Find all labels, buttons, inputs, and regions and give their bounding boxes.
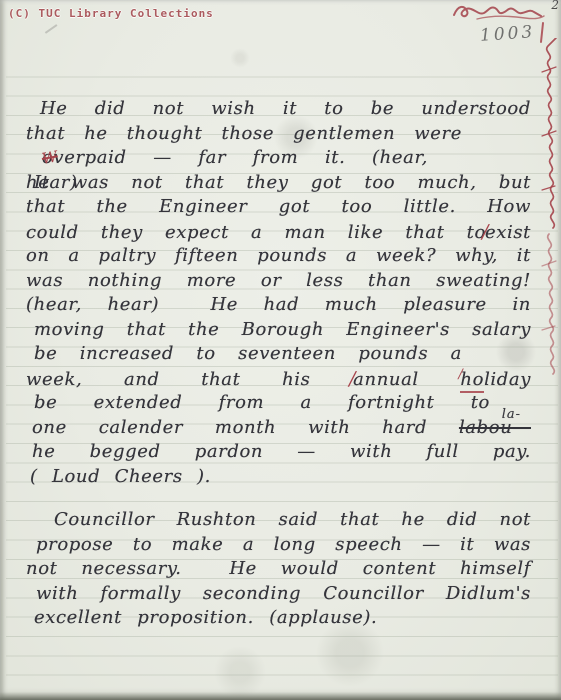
manuscript-line: that he thought those gentlemen were: [26, 122, 462, 147]
handwritten-text: liday: [484, 369, 531, 390]
manuscript-line: with formally seconding Councillor Didlu…: [26, 582, 531, 607]
manuscript-line: Councillor Rushton said that he did not: [26, 508, 531, 533]
handwritten-text: that he thought those gentlemen were: [26, 123, 462, 144]
paragraph: He did not wish it to be understoodthat …: [26, 97, 531, 489]
page-number: 1003: [479, 22, 536, 46]
manuscript-line: excellent proposition. (applause).: [26, 606, 531, 631]
handwritten-text: annual: [353, 369, 460, 390]
manuscript-line: It was not that they got too much, but: [26, 171, 531, 196]
handwritten-text: ( Loud Cheers ).: [30, 466, 211, 487]
red-underlined-word: ho: [460, 369, 484, 393]
manuscript-line: be increased to seventeen pounds a: [26, 342, 462, 367]
red-marginalia-vertical: [538, 38, 560, 398]
handwritten-text: exist: [485, 222, 531, 243]
corner-mark: 2: [551, 0, 559, 12]
handwritten-text: he begged pardon — with full pay.: [32, 441, 531, 462]
manuscript-line: on a paltry fifteen pounds a week? why, …: [26, 244, 531, 269]
manuscript-line: ( Loud Cheers ).: [26, 465, 531, 490]
manuscript-line: one calender month with hard labou—la-: [26, 416, 531, 441]
paragraph: Councillor Rushton said that he did notp…: [26, 508, 531, 631]
pencil-tick: [45, 24, 57, 33]
inserted-correction: la-: [496, 403, 521, 428]
manuscript-line: that the Engineer got too little. How: [26, 195, 531, 220]
handwritten-text: be extended from a fortnight to: [34, 392, 490, 413]
handwritten-text: It was not that they got too much, but: [34, 172, 531, 193]
handwritten-text: with formally seconding Councillor Didlu…: [36, 583, 531, 604]
handwritten-text: was nothing more or less than sweating!: [26, 270, 531, 291]
handwritten-text: moving that the Borough Engineer's salar…: [34, 319, 531, 340]
manuscript-line: (hear, hear) He had much pleasure in: [26, 293, 531, 318]
manuscript-line: He did not wish it to be understood: [26, 97, 531, 122]
manuscript-page: (C) TUC Library Collections 1003 2 He di…: [0, 0, 561, 700]
handwritten-text: on a paltry fifteen pounds a week? why, …: [26, 245, 531, 266]
manuscript-line: moving that the Borough Engineer's salar…: [26, 318, 531, 343]
manuscript-line: be extended from a fortnight to: [26, 391, 490, 416]
handwritten-text: that the Engineer got too little. How: [26, 196, 531, 217]
handwritten-text: propose to make a long speech — it was: [36, 534, 531, 555]
handwritten-text: not necessary. He would content himself: [26, 558, 531, 579]
manuscript-line: was nothing more or less than sweating!: [26, 269, 531, 294]
manuscript-line: week, and that his ∕annual holiday: [26, 367, 531, 392]
handwritten-text: week, and that his: [26, 369, 352, 390]
manuscript-line: Woverpaid — far from it. (hear, hear): [26, 146, 428, 171]
manuscript-line: propose to make a long speech — it was: [26, 533, 531, 558]
handwritten-text: excellent proposition. (applause).: [34, 607, 377, 628]
handwritten-text: be increased to seventeen pounds a: [34, 343, 462, 364]
red-scribble-icon: [451, 2, 549, 22]
manuscript-line: not necessary. He would content himself: [26, 557, 531, 582]
manuscript-line: he begged pardon — with full pay.: [26, 440, 531, 465]
handwritten-text: Councillor Rushton said that he did not: [54, 509, 531, 530]
handwritten-text: could they expect a man like that to: [26, 222, 486, 243]
manuscript-line: could they expect a man like that to∕exi…: [26, 220, 531, 245]
manuscript: He did not wish it to be understoodthat …: [26, 97, 531, 650]
handwritten-text: one calender month with hard: [32, 417, 459, 438]
handwritten-text: He did not wish it to be understood: [40, 98, 531, 119]
copyright-watermark: (C) TUC Library Collections: [8, 7, 214, 20]
handwritten-text: (hear, hear) He had much pleasure in: [26, 294, 531, 315]
